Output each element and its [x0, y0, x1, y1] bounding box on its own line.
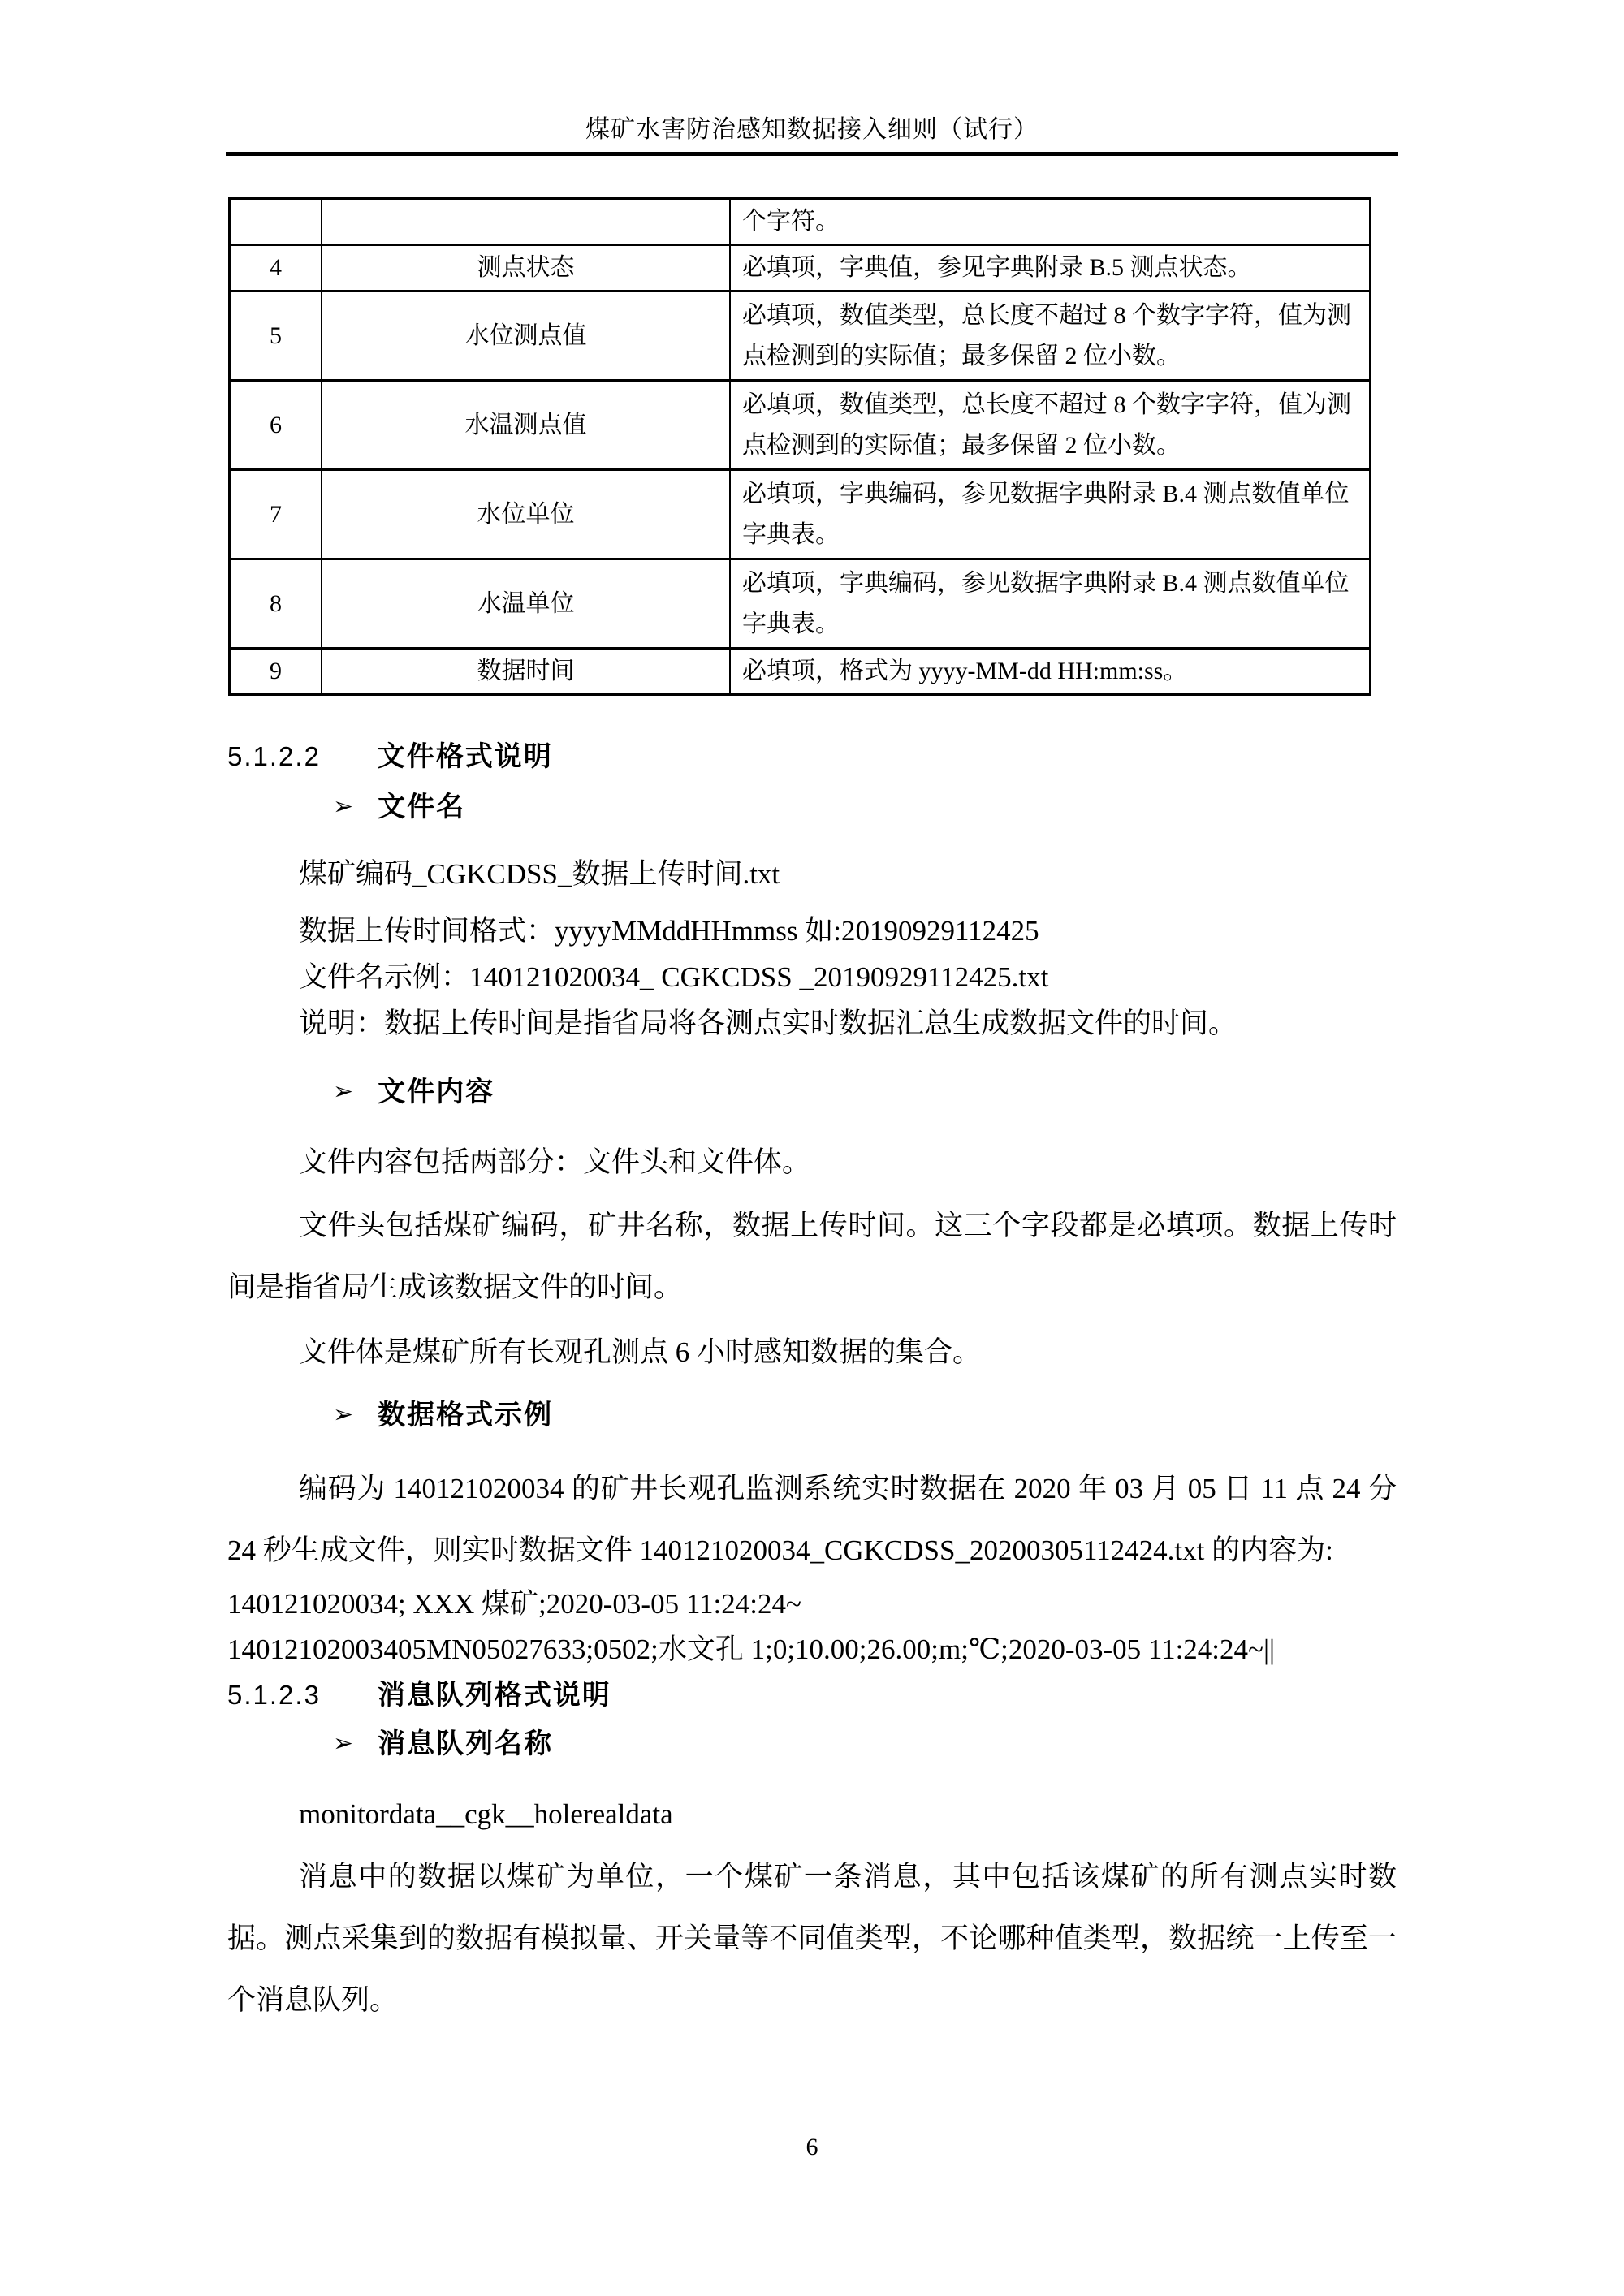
bullet-item-file-name: ➢文件名 [227, 776, 1397, 844]
paragraph-queue-name: monitordata__cgk__holerealdata [227, 1784, 1397, 1845]
table-row: 8 水温单位 必填项，字典编码，参见数据字典附录 B.4 测点数值单位字典表。 [230, 559, 1371, 649]
bullet-label: 数据格式示例 [378, 1400, 553, 1431]
bullet-item-data-example: ➢数据格式示例 [227, 1384, 1397, 1452]
bullet-label: 文件名 [378, 792, 465, 822]
arrow-bullet-icon: ➢ [333, 776, 353, 838]
col-name-cell [322, 199, 730, 245]
paragraph-message-desc: 消息中的数据以煤矿为单位，一个煤矿一条消息，其中包括该煤矿的所有测点实时数据。测… [227, 1846, 1397, 2031]
heading-number: 5.1.2.2 [227, 741, 321, 771]
col-desc-cell: 个字符。 [730, 199, 1371, 245]
col-name-cell: 水温测点值 [322, 381, 730, 470]
col-index-cell: 8 [230, 559, 322, 649]
col-name-cell: 数据时间 [322, 649, 730, 695]
col-desc-cell: 必填项，数值类型，总长度不超过 8 个数字字符，值为测点检测到的实际值；最多保留… [730, 381, 1371, 470]
header-rule [226, 152, 1398, 156]
bullet-item-file-content: ➢文件内容 [227, 1061, 1397, 1129]
heading-title: 消息队列格式说明 [378, 1680, 611, 1711]
paragraph-content-parts: 文件内容包括两部分：文件头和文件体。 [227, 1132, 1397, 1193]
col-name-cell: 水位单位 [322, 470, 730, 559]
paragraph-note: 说明：数据上传时间是指省局将各测点实时数据汇总生成数据文件的时间。 [227, 993, 1397, 1055]
col-index-cell: 4 [230, 245, 322, 291]
document-title: 煤矿水害防治感知数据接入细则（试行） [227, 115, 1397, 145]
page-number: 6 [227, 2134, 1397, 2161]
bullet-item-queue-name: ➢消息队列名称 [227, 1713, 1397, 1780]
bullet-label: 消息队列名称 [378, 1728, 553, 1759]
col-name-cell: 测点状态 [322, 245, 730, 291]
col-desc-cell: 必填项，字典值，参见字典附录 B.5 测点状态。 [730, 245, 1371, 291]
table-row: 9 数据时间 必填项，格式为 yyyy-MM-dd HH:mm:ss。 [230, 649, 1371, 695]
heading-title: 文件格式说明 [378, 741, 553, 772]
table-row: 个字符。 [230, 199, 1371, 245]
col-index-cell: 5 [230, 291, 322, 381]
col-index-cell: 6 [230, 381, 322, 470]
table-row: 5 水位测点值 必填项，数值类型，总长度不超过 8 个数字字符，值为测点检测到的… [230, 291, 1371, 381]
code-line-1: 140121020034; XXX 煤矿;2020-03-05 11:24:24… [227, 1582, 1397, 1627]
heading-number: 5.1.2.3 [227, 1680, 321, 1710]
col-desc-cell: 必填项，字典编码，参见数据字典附录 B.4 测点数值单位字典表。 [730, 470, 1371, 559]
col-index-cell [230, 199, 322, 245]
code-line-2: 14012102003405MN05027633;0502;水文孔 1;0;10… [227, 1627, 1397, 1672]
col-desc-cell: 必填项，格式为 yyyy-MM-dd HH:mm:ss。 [730, 649, 1371, 695]
table-row: 4 测点状态 必填项，字典值，参见字典附录 B.5 测点状态。 [230, 245, 1371, 291]
paragraph-file-name-pattern: 煤矿编码_CGKCDSS_数据上传时间.txt [227, 844, 1397, 905]
document-body: 5.1.2.2文件格式说明 ➢文件名 煤矿编码_CGKCDSS_数据上传时间.t… [227, 726, 1397, 2031]
arrow-bullet-icon: ➢ [333, 1384, 353, 1446]
col-desc-cell: 必填项，字典编码，参见数据字典附录 B.4 测点数值单位字典表。 [730, 559, 1371, 649]
table-row: 7 水位单位 必填项，字典编码，参见数据字典附录 B.4 测点数值单位字典表。 [230, 470, 1371, 559]
document-page: 煤矿水害防治感知数据接入细则（试行） 个字符。 4 测点状态 必填项，字典值，参… [0, 0, 1624, 2296]
col-index-cell: 9 [230, 649, 322, 695]
arrow-bullet-icon: ➢ [333, 1061, 353, 1123]
bullet-label: 文件内容 [378, 1077, 495, 1107]
paragraph-file-header-desc: 文件头包括煤矿编码，矿井名称，数据上传时间。这三个字段都是必填项。数据上传时间是… [227, 1195, 1397, 1318]
col-name-cell: 水位测点值 [322, 291, 730, 381]
arrow-bullet-icon: ➢ [333, 1713, 353, 1775]
col-name-cell: 水温单位 [322, 559, 730, 649]
col-desc-cell: 必填项，数值类型，总长度不超过 8 个数字字符，值为测点检测到的实际值；最多保留… [730, 291, 1371, 381]
paragraph-file-body-desc: 文件体是煤矿所有长观孔测点 6 小时感知数据的集合。 [227, 1322, 1397, 1383]
data-table: 个字符。 4 测点状态 必填项，字典值，参见字典附录 B.5 测点状态。 5 水… [228, 197, 1371, 696]
field-spec-table: 个字符。 4 测点状态 必填项，字典值，参见字典附录 B.5 测点状态。 5 水… [228, 197, 1371, 696]
col-index-cell: 7 [230, 470, 322, 559]
section-heading-5123: 5.1.2.3消息队列格式说明 [227, 1672, 1397, 1718]
table-row: 6 水温测点值 必填项，数值类型，总长度不超过 8 个数字字符，值为测点检测到的… [230, 381, 1371, 470]
paragraph-data-example-intro: 编码为 140121020034 的矿井长观孔监测系统实时数据在 2020 年 … [227, 1458, 1397, 1582]
